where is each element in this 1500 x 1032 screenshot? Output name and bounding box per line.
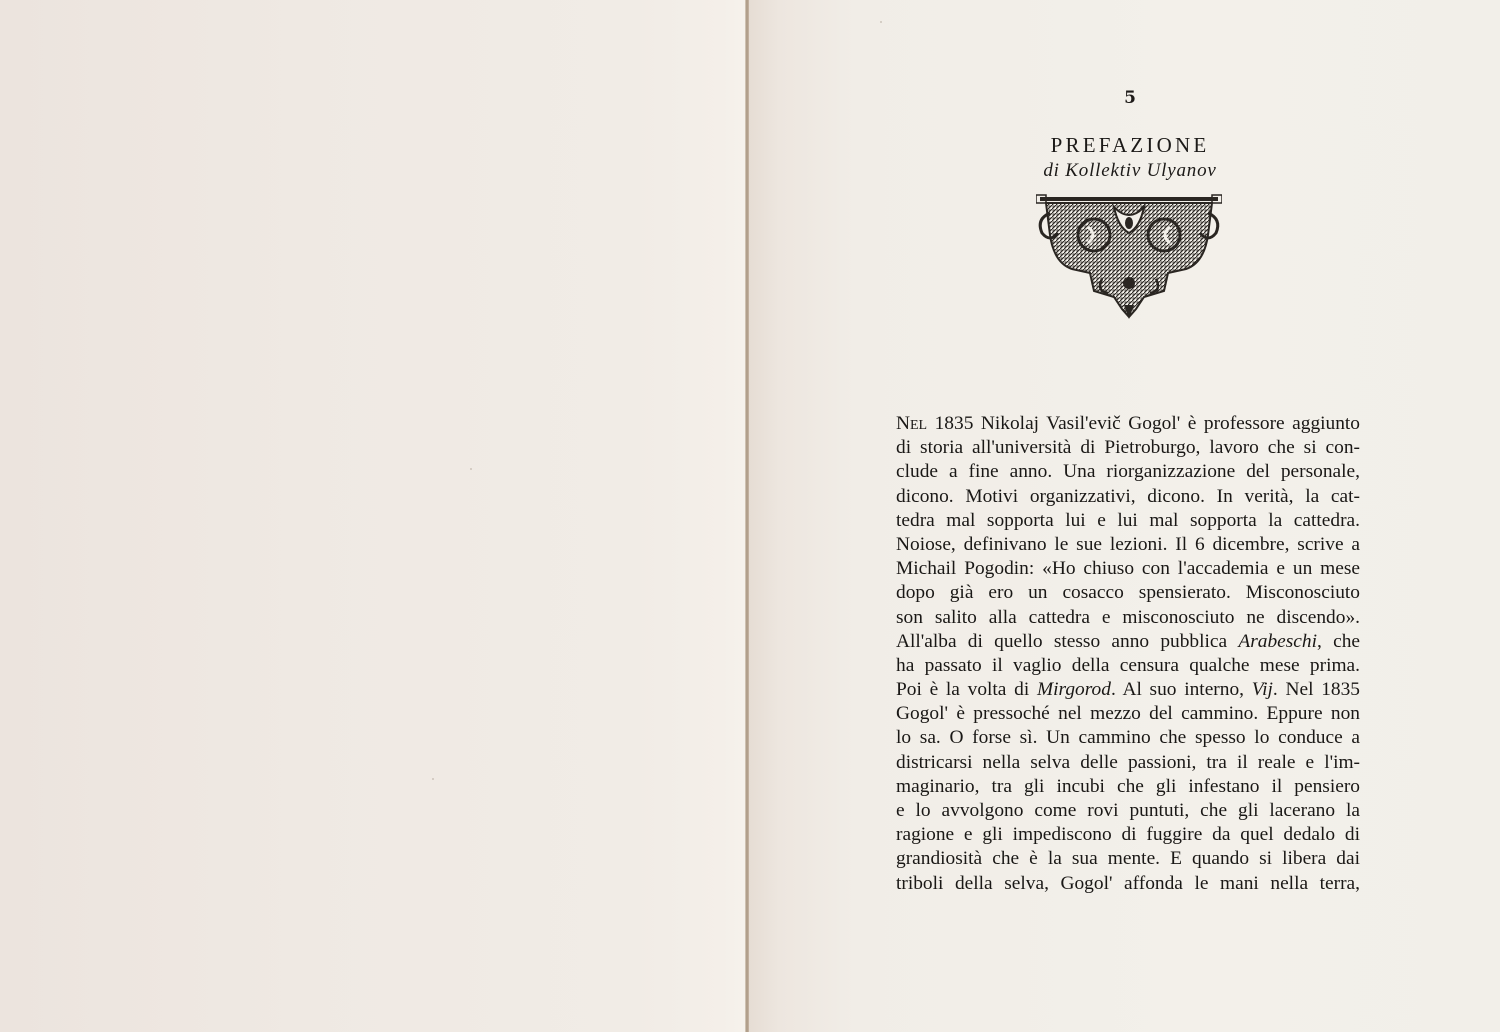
text-line: tedra mal sopporta lui e lui mal sopport…: [896, 509, 1360, 533]
preface-paragraph: Nel 1835 Nikolaj Vasil'evič Gogol' è pro…: [896, 412, 1360, 896]
text-line: ha passato il vaglio della censura qualc…: [896, 654, 1360, 678]
text-line: e lo avvolgono come rovi puntuti, che gl…: [896, 799, 1360, 823]
page-number: 5: [1110, 88, 1150, 108]
text-line: grandiosità che è la sua mente. E quando…: [896, 847, 1360, 871]
book-spread: 5 PREFAZIONE di Kollektiv Ulyanov: [0, 0, 1500, 1032]
chapter-title: PREFAZIONE: [1000, 133, 1260, 158]
text-line: lo sa. O forse sì. Un cammino che spesso…: [896, 726, 1360, 750]
ornament-icon: [1036, 193, 1222, 319]
chapter-author: di Kollektiv Ulyanov: [1000, 160, 1260, 182]
text-line: maginario, tra gli incubi che gli infest…: [896, 775, 1360, 799]
text-line: triboli della selva, Gogol' affonda le m…: [896, 872, 1360, 896]
text-line: Noiose, definivano le sue lezioni. Il 6 …: [896, 533, 1360, 557]
text-line: di storia all'università di Pietroburgo,…: [896, 436, 1360, 460]
book-title-arabeschi: Arabeschi: [1238, 631, 1317, 652]
text-line: Michail Pogodin: «Ho chiuso con l'accade…: [896, 557, 1360, 581]
paper-speck: [432, 778, 434, 780]
small-caps-opening: Nel: [896, 413, 927, 434]
text-line: All'alba di quello stesso anno pubblica …: [896, 630, 1360, 654]
text-line: Poi è la volta di Mirgorod. Al suo inter…: [896, 678, 1360, 702]
text-line: dicono. Motivi organizzativi, dicono. In…: [896, 485, 1360, 509]
text-line: Nel 1835 Nikolaj Vasil'evič Gogol' è pro…: [896, 412, 1360, 436]
text-line: Gogol' è pressoché nel mezzo del cammino…: [896, 702, 1360, 726]
paper-speck: [470, 468, 472, 470]
text-line: son salito alla cattedra e misconosciuto…: [896, 606, 1360, 630]
text-line: districarsi nella selva delle passioni, …: [896, 751, 1360, 775]
paper-speck: [880, 21, 882, 23]
book-title-mirgorod: Mirgorod: [1037, 679, 1111, 700]
book-title-vij: Vij: [1252, 679, 1273, 700]
text-line: clude a fine anno. Una riorganizzazione …: [896, 460, 1360, 484]
text-line: dopo già ero un cosacco spensierato. Mis…: [896, 581, 1360, 605]
left-page-blank: [0, 0, 745, 1032]
text-line: ragione e gli impediscono di fuggire da …: [896, 823, 1360, 847]
